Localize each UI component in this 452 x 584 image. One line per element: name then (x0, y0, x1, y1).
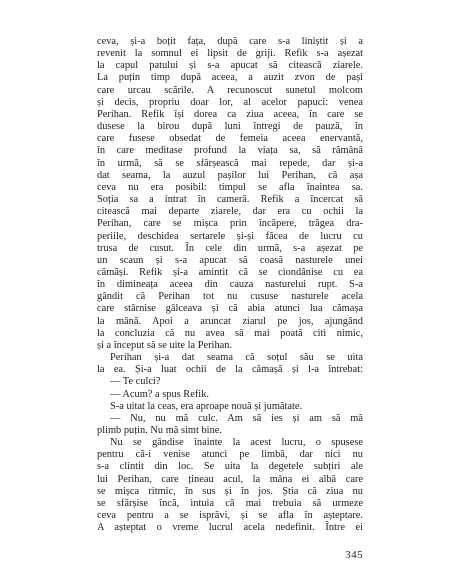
page-number: 345 (97, 549, 363, 561)
text-line: — Nu, nu mă culc. Am să ies și am să mă (97, 413, 363, 425)
text-line: citească mai departe ziarele, dar era cu… (97, 206, 363, 218)
text-line: periile, deschidea sertarele și-și făcea… (97, 231, 363, 243)
text-line: pentru că-i venise atunci pe limbă, dar … (97, 449, 363, 461)
text-line: la concluzia că nu avea să mai poată cit… (97, 328, 363, 340)
text-line: și decis, propriu doar lor, al acelor pa… (97, 97, 363, 109)
text-line: dat seama, la auzul pașilor lui Perihan,… (97, 170, 363, 182)
text-line: lui Perihan, care țineau acul, la mâna e… (97, 474, 363, 486)
text-line: Soția sa a intrat în cameră. Refik a înc… (97, 194, 363, 206)
text-line: plimb puțin. Nu mă simt bine. (97, 425, 363, 437)
text-line: ceva pentru a se isprăvi, și se afla în … (97, 510, 363, 522)
text-line: s-a clintit din loc. Se uita la degetele… (97, 461, 363, 473)
text-line: ceva, și-a boțit fața, după care s-a lin… (97, 36, 363, 48)
text-line: Perihan și-a dat seama că soțul său se u… (97, 352, 363, 364)
text-line: cămăși. Refik și-a amintit că se ciondăn… (97, 267, 363, 279)
text-line: dusese la birou după luni întregi de pau… (97, 121, 363, 133)
text-line: un scaun și s-a apucat să coasă nasturel… (97, 255, 363, 267)
text-line: în care meditase profund la viața sa, să… (97, 145, 363, 157)
text-line: la capul patului și s-a apucat să citeas… (97, 60, 363, 72)
text-line: care urcau scările. A recunoscut sunetul… (97, 85, 363, 97)
book-page: ceva, și-a boțit fața, după care s-a lin… (0, 0, 452, 584)
text-line: S-a uitat la ceas, era aproape nouă și j… (97, 401, 363, 413)
text-line: Perihan. Refik își dorea ca ziua aceea, … (97, 109, 363, 121)
text-line: trusa de cusut. În cele din urmă, s-a aș… (97, 243, 363, 255)
text-line: se sfârșise încă, intuia că mai trebuia … (97, 498, 363, 510)
text-line: — Te culci? (97, 376, 363, 388)
text-line: Nu se gândise înainte la acest lucru, o … (97, 437, 363, 449)
text-line: ceva nu era posibil: timpul se afla înai… (97, 182, 363, 194)
text-line: la ea. Și-a luat ochii de la cămașă și l… (97, 364, 363, 376)
text-line: care stârnise gâlceava și că abia atunci… (97, 303, 363, 315)
text-line: în urmă, să se sfârșească mai repede, da… (97, 158, 363, 170)
text-line: și a început să se uite la Perihan. (97, 340, 363, 352)
page-text: ceva, și-a boțit fața, după care s-a lin… (97, 36, 363, 534)
text-line: A așteptat o vreme lucrul acela nedefini… (97, 522, 363, 534)
text-line: care fusese obsedat de femeia aceea ener… (97, 133, 363, 145)
text-line: revenit la somnul ei lipsit de griji. Re… (97, 48, 363, 60)
text-line: gândit că Perihan tot nu cususe nasturel… (97, 291, 363, 303)
text-line: La puțin timp după aceea, a auzit zvon d… (97, 72, 363, 84)
text-line: — Acum? a spus Refik. (97, 389, 363, 401)
text-line: în dimineața aceea din cauza nasturelui … (97, 279, 363, 291)
text-line: Perihan, care se mișca prin încăpere, tr… (97, 218, 363, 230)
text-line: se mișca ritmic, în sus și în jos. Știa … (97, 486, 363, 498)
text-line: la mână. Apoi a aruncat ziarul pe jos, a… (97, 316, 363, 328)
